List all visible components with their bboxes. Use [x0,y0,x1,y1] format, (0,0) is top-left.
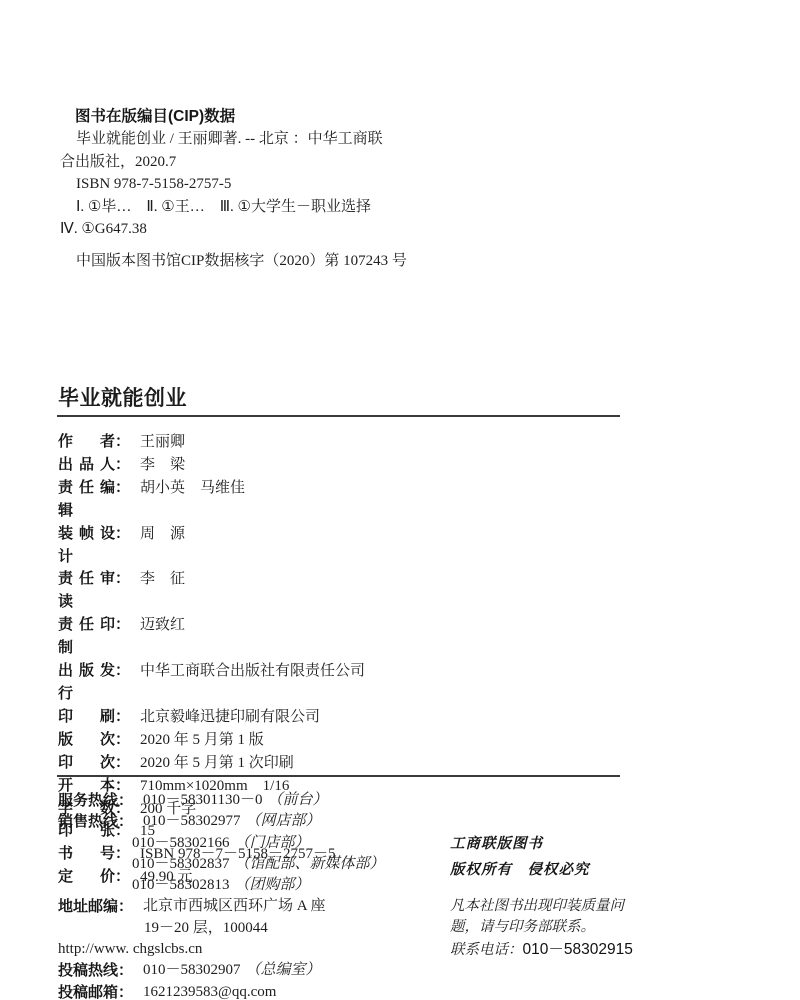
colophon-row-printer: 印刷：北京毅峰迅捷印刷有限公司 [58,706,620,729]
publisher-notice: 工商联版图书 版权所有 侵权必究 凡本社图书出现印装质量问 题，请与印务部联系。… [450,831,665,961]
colophon-label: 责任编辑 [58,477,115,523]
contact-note: （团购部） [235,877,310,893]
colophon-label: 印刷 [58,706,115,729]
colophon-value: 李 梁 [140,454,185,477]
colophon-value: 迈致红 [140,614,185,660]
colophon-row-print-supervisor: 责任印制：迈致红 [58,614,620,660]
label-colon: ： [115,568,130,614]
label-colon: ： [118,811,133,832]
contact-value: 010－58301130－0 [143,790,262,811]
contact-row-sales: 销售热线：010－58302977（网店部） [58,811,453,832]
quality-notice: 凡本社图书出现印装质量问 题，请与印务部联系。 [450,896,665,938]
contact-row-service: 服务热线：010－58301130－0（前台） [58,790,453,811]
label-colon: ： [115,660,130,706]
colophon-row-author: 作者：王丽卿 [58,431,620,454]
colophon-row-designer: 装帧设计：周 源 [58,523,620,569]
notice-phone-row: 联系电话：010－58302915 [450,939,665,961]
colophon-value: 胡小英 马维佳 [140,477,245,523]
label-colon: ： [115,614,130,660]
contact-label: 地址邮编 [58,896,118,917]
quality-notice-line-1: 凡本社图书出现印装质量问 [450,896,665,917]
colophon-row-reviewer: 责任审读：李 征 [58,568,620,614]
contact-block: 服务热线：010－58301130－0（前台） 销售热线：010－5830297… [58,790,453,1000]
contact-row-sales-2: 010－58302166（门店部） [58,833,453,854]
contact-row-address: 地址邮编：北京市西城区西环广场 A 座 [58,896,453,917]
cip-block: 图书在版编目(CIP)数据 毕业就能创业 / 王丽卿著. -- 北京 ：中华工商… [60,106,625,273]
submission-email: 1621239583@qq.com [143,982,276,1000]
cip-isbn: ISBN 978-7-5158-2757-5 [60,173,625,195]
contact-value: 010－58302166 [132,835,230,851]
address-line-1: 北京市西城区西环广场 A 座 [143,896,326,917]
colophon-row-editor: 责任编辑：胡小英 马维佳 [58,477,620,523]
contact-row-sales-4: 010－58302813（团购部） [58,875,453,896]
contact-note: （门店部） [235,835,310,851]
colophon-value: 2020 年 5 月第 1 版 [140,729,264,752]
colophon-value: 中华工商联合出版社有限责任公司 [140,660,365,706]
address-line-2: 19－20 层，100044 [58,918,453,939]
copyright-statement: 版权所有 侵权必究 [450,857,665,883]
contact-value: 010－58302813 [132,877,230,893]
colophon-row-producer: 出品人：李 梁 [58,454,620,477]
label-colon: ： [115,729,130,752]
contact-note: （馆配部、新媒体部） [235,856,385,872]
colophon-value: 李 征 [140,568,185,614]
website-url: http://www. chgslcbs.cn [58,939,453,960]
label-colon: ： [115,752,130,775]
cip-line-1: 毕业就能创业 / 王丽卿著. -- 北京 ：中华工商联 [60,128,625,150]
colophon-label: 出品人 [58,454,115,477]
cip-heading: 图书在版编目(CIP)数据 [60,106,625,128]
colophon-row-impression: 印次：2020 年 5 月第 1 次印刷 [58,752,620,775]
colophon-label: 责任印制 [58,614,115,660]
contact-value: 010－58302907 [143,960,241,981]
colophon-value: 王丽卿 [140,431,185,454]
cip-classification-2: Ⅳ. ①G647.38 [60,218,625,240]
contact-row-sales-3: 010－58302837（馆配部、新媒体部） [58,854,453,875]
notice-phone-label: 联系电话： [450,942,523,958]
label-colon: ： [115,454,130,477]
label-colon: ： [118,790,133,811]
colophon-row-publisher: 出版发行：中华工商联合出版社有限责任公司 [58,660,620,706]
contact-row-submission-email: 投稿邮箱：1621239583@qq.com [58,982,453,1000]
label-colon: ： [118,960,133,981]
label-colon: ： [115,431,130,454]
colophon-label: 印次 [58,752,115,775]
colophon-label: 出版发行 [58,660,115,706]
colophon-label: 版次 [58,729,115,752]
colophon-label: 责任审读 [58,568,115,614]
label-colon: ： [115,523,130,569]
cip-line-2: 合出版社，2020.7 [60,151,625,173]
colophon-divider-rule [57,775,620,777]
notice-brand: 工商联版图书 [450,831,665,857]
title-divider-rule [57,415,620,417]
contact-label: 投稿热线 [58,960,118,981]
label-colon: ： [115,477,130,523]
contact-label: 销售热线 [58,811,118,832]
colophon-label: 作者 [58,431,115,454]
cip-classification-1: Ⅰ. ①毕… Ⅱ. ①王… Ⅲ. ①大学生－职业选择 [60,196,625,218]
contact-note: （前台） [267,790,327,811]
contact-value: 010－58302977 [143,811,241,832]
quality-notice-line-2: 题，请与印务部联系。 [450,917,665,938]
contact-note: （总编室） [246,960,321,981]
colophon-value: 北京毅峰迅捷印刷有限公司 [140,706,320,729]
colophon-label: 装帧设计 [58,523,115,569]
label-colon: ： [118,896,133,917]
book-title: 毕业就能创业 [58,382,620,412]
contact-note: （网店部） [246,811,321,832]
label-colon: ： [118,982,133,1000]
contact-row-submission-phone: 投稿热线：010－58302907（总编室） [58,960,453,981]
contact-label: 投稿邮箱 [58,982,118,1000]
colophon-value: 2020 年 5 月第 1 次印刷 [140,752,294,775]
notice-phone-number: 010－58302915 [523,941,633,958]
colophon-value: 周 源 [140,523,185,569]
copyright-page: 图书在版编目(CIP)数据 毕业就能创业 / 王丽卿著. -- 北京 ：中华工商… [0,0,800,1000]
label-colon: ： [115,706,130,729]
colophon-row-edition: 版次：2020 年 5 月第 1 版 [58,729,620,752]
cip-record-number: 中国版本图书馆CIP数据核字（2020）第 107243 号 [60,250,625,272]
contact-label: 服务热线 [58,790,118,811]
contact-value: 010－58302837 [132,856,230,872]
